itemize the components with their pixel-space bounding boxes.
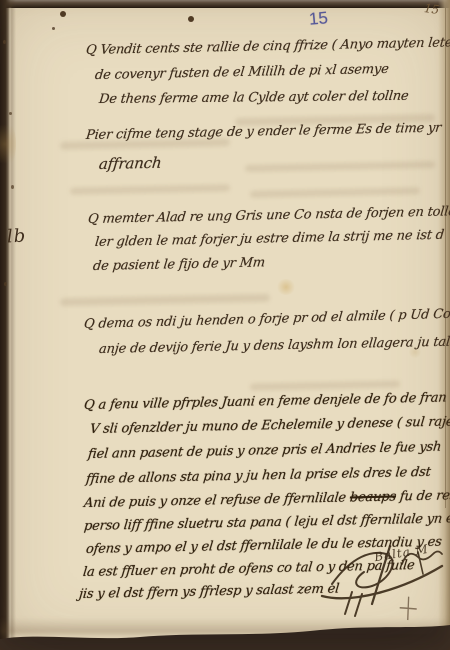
entry5-line9: jis y el dst ffern ys ffrlesp y salast z… [78, 583, 339, 601]
entry5-line5: Ani de puis y onze el refuse de ffernlil… [83, 489, 450, 510]
entry1-line2: de covenyr fusten de el Mililh de pi xl … [94, 63, 389, 82]
entry5-line5-pre: Ani de puis y onze el refuse de ffernlil… [83, 490, 350, 511]
entry5-line3: fiel ann pasent de puis y onze pris el A… [87, 441, 441, 461]
wormhole-small [3, 40, 6, 44]
bleedthrough-text [60, 294, 270, 306]
entry5-line5-post: fu de reses [395, 488, 450, 505]
wormhole-small [52, 27, 55, 30]
book-bottom-shadow [0, 620, 450, 650]
entry2-line2: affranch [98, 156, 162, 172]
margin-note-lb: lb [6, 226, 26, 248]
entry2-line1: Pier cifme teng stage de y ender le ferm… [85, 122, 441, 142]
wormhole [60, 11, 66, 17]
entry5-line6: perso liff ffine sluetru sta pana ( leju… [83, 512, 450, 533]
binding-gutter-left [0, 0, 16, 650]
page-edge-highlight [9, 8, 11, 642]
entry4-line1: Q dema os ndi ju henden o forje pr od el… [83, 308, 450, 331]
strikethrough-word: beaups [349, 489, 397, 505]
entry5-line2: V sli ofenzlder ju muno de Echelemile y … [89, 415, 450, 436]
bleedthrough-text [245, 161, 435, 172]
entry1-line3: De thens ferme ame la Cylde ayt coler de… [98, 90, 409, 106]
ink-stain [276, 279, 296, 295]
entry3-line2: ler glden le mat forjer ju estre dime la… [94, 229, 444, 249]
folio-number-pencil: 15 [308, 8, 329, 30]
wormhole [188, 16, 194, 22]
entry5-line1: Q a fenu ville pfrples Juani en feme den… [83, 391, 450, 412]
manuscript-page-scan: 15 15 lb Q Vendit cents ste rallie de ci… [0, 0, 450, 650]
book-top-edge [0, 0, 450, 8]
underleaf-edge-line [445, 8, 446, 508]
entry1-line1: Q Vendit cents ste rallie de cinq ffrize… [85, 36, 450, 57]
cross-mark: + [396, 585, 420, 631]
bleedthrough-text [70, 184, 230, 194]
entry3-line1: Q memter Alad re ung Gris une Co nsta de… [87, 205, 450, 226]
entry5-line4: ffine de allons sta pina y ju hen la pri… [85, 466, 431, 486]
entry3-line3: de pasient le fijo de yr Mm [92, 256, 265, 273]
entry4-line2: anje de devijo ferie Ju y dens layshm lo… [98, 335, 450, 356]
wormhole-small [4, 282, 7, 286]
folio-number-ink: 15 [423, 1, 440, 17]
bleedthrough-text [250, 380, 400, 390]
wormhole-small [11, 185, 14, 189]
bleedthrough-text [250, 187, 420, 198]
wormhole-small [9, 112, 12, 115]
